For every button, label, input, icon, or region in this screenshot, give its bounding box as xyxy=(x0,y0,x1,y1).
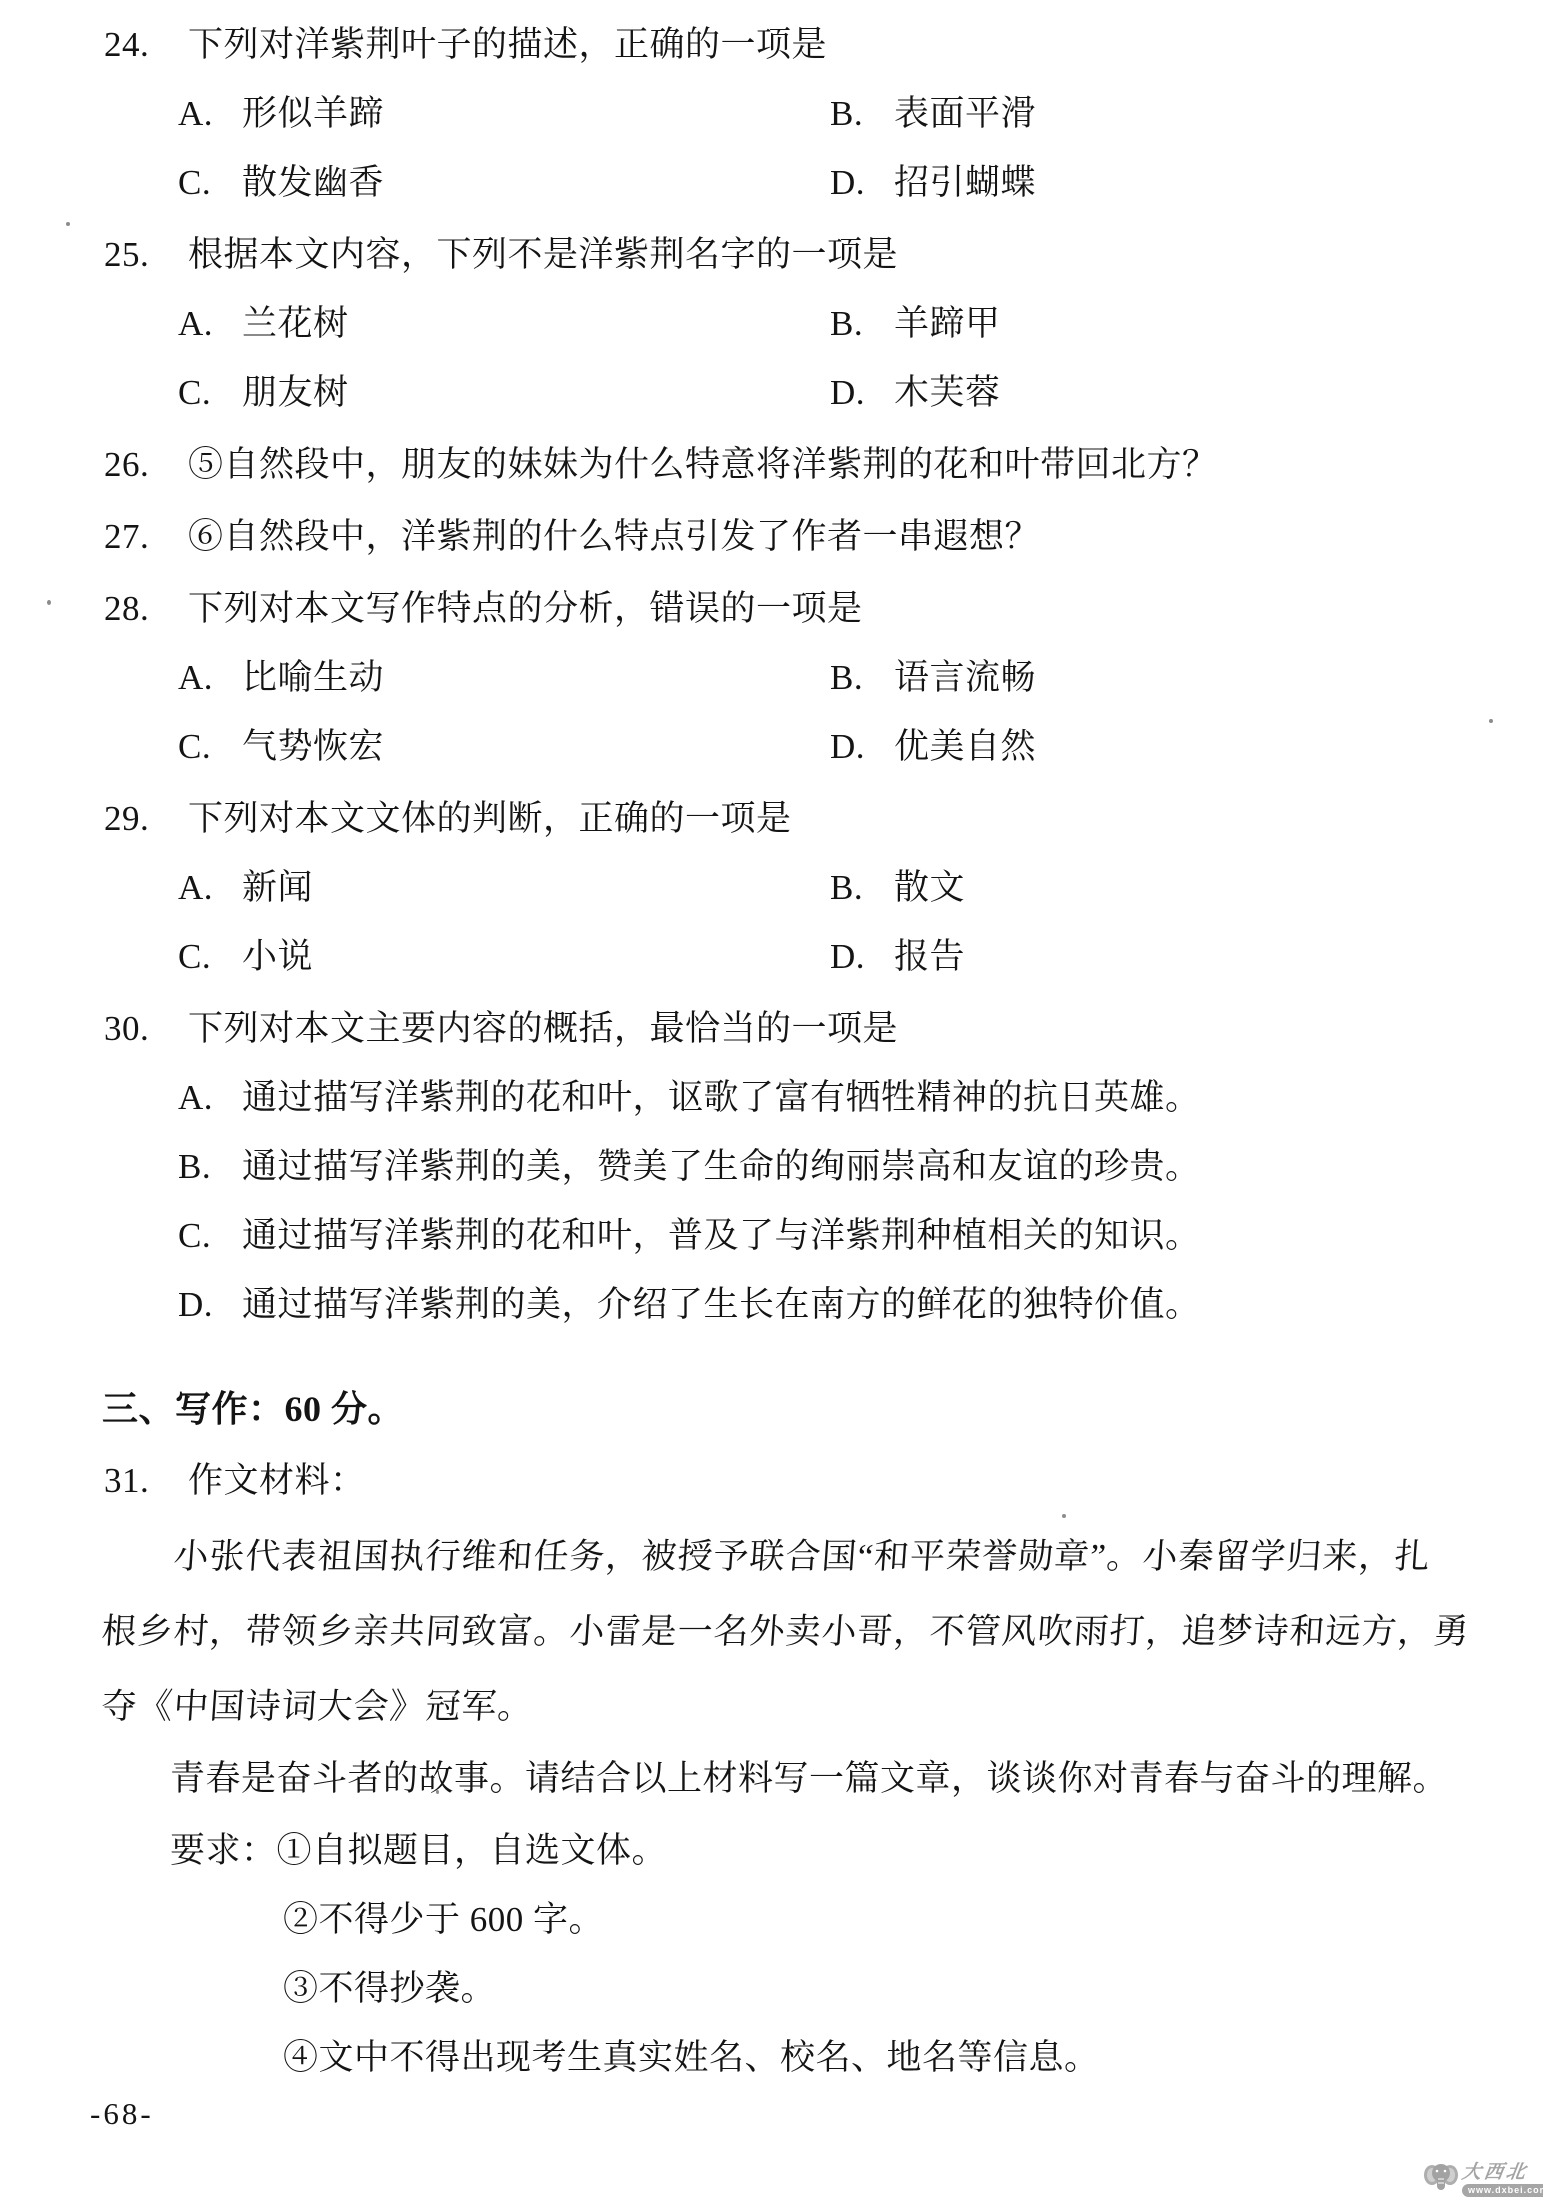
option-label: A. xyxy=(178,93,242,135)
paragraph-line: 青春是奋斗者的故事。请结合以上材料写一篇文章，谈谈你对青春与奋斗的理解。 xyxy=(0,1758,1543,1800)
scan-speck xyxy=(47,600,51,605)
options-row: C.散发幽香D.招引蝴蝶 xyxy=(0,162,1543,204)
requirement-line: ②不得少于 600 字。 xyxy=(0,1899,1543,1941)
elephant-logo-icon xyxy=(1423,2159,1459,2202)
options-row: C.朋友树D.木芙蓉 xyxy=(0,372,1543,414)
paragraph-line: 要求：①自拟题目，自选文体。 xyxy=(0,1830,1543,1872)
material-line: 小张代表祖国执行维和任务，被授予联合国“和平荣誉勋章”。小秦留学归来，扎 xyxy=(0,1536,1543,1578)
question-number: 26. xyxy=(104,444,188,486)
option-label: A. xyxy=(178,303,242,345)
option-label: A. xyxy=(178,867,242,909)
option-text: 兰花树 xyxy=(242,304,349,343)
question-text: 根据本文内容，下列不是洋紫荆名字的一项是 xyxy=(188,235,898,274)
option: B.羊蹄甲 xyxy=(830,303,1001,345)
option-label: D. xyxy=(830,726,894,768)
question-text: ⑤自然段中，朋友的妹妹为什么特意将洋紫荆的花和叶带回北方？ xyxy=(188,445,1218,484)
option-text: 散文 xyxy=(894,868,965,907)
option: B.表面平滑 xyxy=(830,93,1036,135)
material-line: 夺《中国诗词大会》冠军。 xyxy=(0,1686,1543,1728)
option-label: C. xyxy=(178,162,242,204)
option-text: 报告 xyxy=(894,937,965,976)
option-label: D. xyxy=(830,372,894,414)
options-row: A.形似羊蹄B.表面平滑 xyxy=(0,93,1543,135)
option-label: B. xyxy=(178,1146,242,1188)
option-label: C. xyxy=(178,372,242,414)
option-text: 朋友树 xyxy=(242,373,349,412)
scan-speck xyxy=(66,222,70,226)
option: A.形似羊蹄 xyxy=(178,93,384,135)
scan-speck xyxy=(436,1790,439,1794)
question-text: 下列对本文文体的判断，正确的一项是 xyxy=(188,799,792,838)
question-number: 25. xyxy=(104,234,188,276)
options-row: C.小说D.报告 xyxy=(0,936,1543,978)
option-label: B. xyxy=(830,303,894,345)
option-line: D.通过描写洋紫荆的美，介绍了生长在南方的鲜花的独特价值。 xyxy=(0,1284,1543,1326)
option-text: 通过描写洋紫荆的花和叶，讴歌了富有牺牲精神的抗日英雄。 xyxy=(242,1078,1201,1117)
option-label: D. xyxy=(830,936,894,978)
option-text: 通过描写洋紫荆的美，介绍了生长在南方的鲜花的独特价值。 xyxy=(242,1285,1201,1324)
question-list: 24.下列对洋紫荆叶子的描述，正确的一项是A.形似羊蹄B.表面平滑C.散发幽香D… xyxy=(0,24,1543,2079)
option-label: C. xyxy=(178,936,242,978)
option-label: C. xyxy=(178,726,242,768)
question-line: 25.根据本文内容，下列不是洋紫荆名字的一项是 xyxy=(0,234,1543,276)
option: D.报告 xyxy=(830,936,965,978)
option-label: A. xyxy=(178,657,242,699)
option-text: 优美自然 xyxy=(894,727,1036,766)
question-text: ⑥自然段中，洋紫荆的什么特点引发了作者一串遐想？ xyxy=(188,517,1040,556)
option: B.语言流畅 xyxy=(830,657,1036,699)
option: D.招引蝴蝶 xyxy=(830,162,1036,204)
option-label: B. xyxy=(830,93,894,135)
question-text: 下列对本文写作特点的分析，错误的一项是 xyxy=(188,589,863,628)
watermark-url: www.dxbei.com xyxy=(1462,2184,1543,2197)
option-label: A. xyxy=(178,1077,242,1119)
options-row: C.气势恢宏D.优美自然 xyxy=(0,726,1543,768)
option-text: 木芙蓉 xyxy=(894,373,1001,412)
option-text: 通过描写洋紫荆的美，赞美了生命的绚丽崇高和友谊的珍贵。 xyxy=(242,1147,1201,1186)
page-number: -68- xyxy=(90,2094,154,2134)
option-text: 比喻生动 xyxy=(242,658,384,697)
option-text: 小说 xyxy=(242,937,313,976)
question-line: 31.作文材料： xyxy=(0,1460,1543,1502)
question-number: 28. xyxy=(104,588,188,630)
option-label: D. xyxy=(178,1284,242,1326)
option-text: 散发幽香 xyxy=(242,163,384,202)
question-line: 24.下列对洋紫荆叶子的描述，正确的一项是 xyxy=(0,24,1543,66)
option-label: C. xyxy=(178,1215,242,1257)
question-text: 下列对洋紫荆叶子的描述，正确的一项是 xyxy=(188,25,827,64)
option-line: C.通过描写洋紫荆的花和叶，普及了与洋紫荆种植相关的知识。 xyxy=(0,1215,1543,1257)
option: D.优美自然 xyxy=(830,726,1036,768)
scan-speck xyxy=(1489,719,1493,723)
watermark: 大西北 www.dxbei.com xyxy=(1423,2158,1541,2202)
options-row: A.新闻B.散文 xyxy=(0,867,1543,909)
option: C.气势恢宏 xyxy=(178,726,384,768)
option: A.比喻生动 xyxy=(178,657,384,699)
option-text: 表面平滑 xyxy=(894,94,1036,133)
question-line: 29.下列对本文文体的判断，正确的一项是 xyxy=(0,798,1543,840)
options-row: A.比喻生动B.语言流畅 xyxy=(0,657,1543,699)
question-line: 27.⑥自然段中，洋紫荆的什么特点引发了作者一串遐想？ xyxy=(0,516,1543,558)
option-label: B. xyxy=(830,657,894,699)
option: A.新闻 xyxy=(178,867,313,909)
question-text: 作文材料： xyxy=(188,1461,366,1500)
option-label: D. xyxy=(830,162,894,204)
question-number: 30. xyxy=(104,1008,188,1050)
option: A.兰花树 xyxy=(178,303,349,345)
option-text: 招引蝴蝶 xyxy=(894,163,1036,202)
options-row: A.兰花树B.羊蹄甲 xyxy=(0,303,1543,345)
question-line: 30.下列对本文主要内容的概括，最恰当的一项是 xyxy=(0,1008,1543,1050)
scan-speck xyxy=(1062,1514,1066,1518)
question-line: 26.⑤自然段中，朋友的妹妹为什么特意将洋紫荆的花和叶带回北方？ xyxy=(0,444,1543,486)
watermark-site-name: 大西北 xyxy=(1461,2163,1530,2183)
option-text: 新闻 xyxy=(242,868,313,907)
exam-page: 24.下列对洋紫荆叶子的描述，正确的一项是A.形似羊蹄B.表面平滑C.散发幽香D… xyxy=(0,0,1543,2205)
option: D.木芙蓉 xyxy=(830,372,1001,414)
option-text: 羊蹄甲 xyxy=(894,304,1001,343)
question-number: 29. xyxy=(104,798,188,840)
question-line: 28.下列对本文写作特点的分析，错误的一项是 xyxy=(0,588,1543,630)
option: B.散文 xyxy=(830,867,965,909)
option: C.散发幽香 xyxy=(178,162,384,204)
question-number: 27. xyxy=(104,516,188,558)
question-number: 24. xyxy=(104,24,188,66)
option: C.小说 xyxy=(178,936,313,978)
question-text: 下列对本文主要内容的概括，最恰当的一项是 xyxy=(188,1009,898,1048)
option-line: B.通过描写洋紫荆的美，赞美了生命的绚丽崇高和友谊的珍贵。 xyxy=(0,1146,1543,1188)
option-text: 语言流畅 xyxy=(894,658,1036,697)
option-line: A.通过描写洋紫荆的花和叶，讴歌了富有牺牲精神的抗日英雄。 xyxy=(0,1077,1543,1119)
option: C.朋友树 xyxy=(178,372,349,414)
material-line: 根乡村，带领乡亲共同致富。小雷是一名外卖小哥，不管风吹雨打，追梦诗和远方，勇 xyxy=(0,1611,1543,1653)
option-text: 形似羊蹄 xyxy=(242,94,384,133)
question-number: 31. xyxy=(104,1460,188,1502)
requirement-line: ③不得抄袭。 xyxy=(0,1968,1543,2010)
requirement-line: ④文中不得出现考生真实姓名、校名、地名等信息。 xyxy=(0,2037,1543,2079)
option-text: 气势恢宏 xyxy=(242,727,384,766)
section-heading: 三、写作：60 分。 xyxy=(0,1388,1543,1430)
option-label: B. xyxy=(830,867,894,909)
option-text: 通过描写洋紫荆的花和叶，普及了与洋紫荆种植相关的知识。 xyxy=(242,1216,1201,1255)
